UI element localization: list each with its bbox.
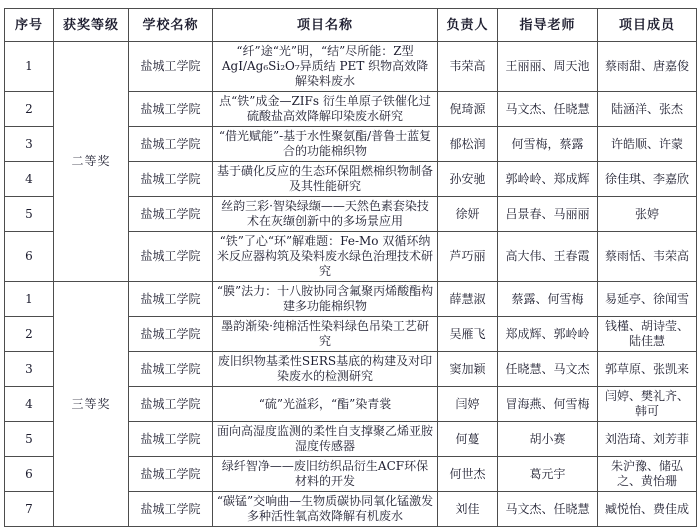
serial-cell: 6 <box>5 457 54 492</box>
leader-cell: 何世杰 <box>438 457 498 492</box>
advisors-cell: 高大伟、王春霞 <box>498 232 598 282</box>
header-advisors: 指导老师 <box>498 9 598 42</box>
leader-cell: 芦巧丽 <box>438 232 498 282</box>
serial-cell: 2 <box>5 317 54 352</box>
header-school-name: 学校名称 <box>129 9 213 42</box>
project-cell: 面向高湿度监测的柔性自支撑聚乙烯亚胺湿度传感器 <box>213 422 438 457</box>
award-cell: 二等奖 <box>54 42 129 282</box>
header-members: 项目成员 <box>598 9 697 42</box>
leader-cell: 韦荣高 <box>438 42 498 92</box>
members-cell: 易延亭、徐闻雪 <box>598 282 697 317</box>
school-cell: 盐城工学院 <box>129 92 213 127</box>
members-cell: 蔡雨恬、韦荣高 <box>598 232 697 282</box>
leader-cell: 薛慧淑 <box>438 282 498 317</box>
members-cell: 张婷 <box>598 197 697 232</box>
advisors-cell: 何雪梅，蔡露 <box>498 127 598 162</box>
project-cell: “借光赋能”-基于水性聚氨酯/普鲁士蓝复合的功能棉织物 <box>213 127 438 162</box>
serial-cell: 3 <box>5 127 54 162</box>
advisors-cell: 蔡露、何雪梅 <box>498 282 598 317</box>
award-results-table: 序号 获奖等级 学校名称 项目名称 负责人 指导老师 项目成员 1二等奖盐城工学… <box>4 8 697 527</box>
project-cell: 丝韵三彩·智染绿缬——天然色素套染技术在灰缬创新中的多场景应用 <box>213 197 438 232</box>
project-cell: 废旧织物基柔性SERS基底的构建及对印染废水的检测研究 <box>213 352 438 387</box>
members-cell: 徐佳琪、李嘉欣 <box>598 162 697 197</box>
header-project-name: 项目名称 <box>213 9 438 42</box>
advisors-cell: 马文杰、任晓慧 <box>498 92 598 127</box>
school-cell: 盐城工学院 <box>129 42 213 92</box>
header-leader: 负责人 <box>438 9 498 42</box>
school-cell: 盐城工学院 <box>129 492 213 527</box>
advisors-cell: 冒海燕、何雪梅 <box>498 387 598 422</box>
members-cell: 刘浩琦、刘芳菲 <box>598 422 697 457</box>
members-cell: 蔡雨甜、唐嘉俊 <box>598 42 697 92</box>
school-cell: 盐城工学院 <box>129 422 213 457</box>
award-cell: 三等奖 <box>54 282 129 527</box>
advisors-cell: 葛元宇 <box>498 457 598 492</box>
members-cell: 钱槿、胡诗莹、陆佳慧 <box>598 317 697 352</box>
serial-cell: 4 <box>5 387 54 422</box>
serial-cell: 6 <box>5 232 54 282</box>
serial-cell: 1 <box>5 282 54 317</box>
leader-cell: 郁松润 <box>438 127 498 162</box>
header-row: 序号 获奖等级 学校名称 项目名称 负责人 指导老师 项目成员 <box>5 9 697 42</box>
project-cell: 墨韵渐染·纯棉活性染料绿色吊染工艺研究 <box>213 317 438 352</box>
advisors-cell: 郭岭岭、郑成辉 <box>498 162 598 197</box>
serial-cell: 7 <box>5 492 54 527</box>
leader-cell: 闫婷 <box>438 387 498 422</box>
school-cell: 盐城工学院 <box>129 232 213 282</box>
advisors-cell: 任晓慧、马文杰 <box>498 352 598 387</box>
advisors-cell: 郑成辉、郭岭岭 <box>498 317 598 352</box>
members-cell: 闫婷、樊礼齐、韩可 <box>598 387 697 422</box>
project-cell: “硫”光溢彩，“酯”染青裳 <box>213 387 438 422</box>
school-cell: 盐城工学院 <box>129 317 213 352</box>
serial-cell: 2 <box>5 92 54 127</box>
project-cell: 基于磺化反应的生态环保阻燃棉织物制备及其性能研究 <box>213 162 438 197</box>
members-cell: 许皓顺、许蒙 <box>598 127 697 162</box>
members-cell: 陆涵洋、张杰 <box>598 92 697 127</box>
leader-cell: 孙安驰 <box>438 162 498 197</box>
serial-cell: 5 <box>5 422 54 457</box>
leader-cell: 倪琦源 <box>438 92 498 127</box>
leader-cell: 窦加颖 <box>438 352 498 387</box>
serial-cell: 1 <box>5 42 54 92</box>
project-cell: 点“铁”成金—ZIFs 衍生单原子铁催化过硫酸盐高效降解印染废水研究 <box>213 92 438 127</box>
project-cell: “纤”途“光”明，“结”尽所能：Z型 AgI/Ag₆Si₂O₇异质结 PET 织… <box>213 42 438 92</box>
school-cell: 盐城工学院 <box>129 127 213 162</box>
project-cell: “铁”了心“环”解难题：Fe-Mo 双循环纳米反应器构筑及染料废水绿色治理技术研… <box>213 232 438 282</box>
serial-cell: 4 <box>5 162 54 197</box>
advisors-cell: 王丽丽、周天池 <box>498 42 598 92</box>
serial-cell: 3 <box>5 352 54 387</box>
leader-cell: 徐妍 <box>438 197 498 232</box>
leader-cell: 何蔓 <box>438 422 498 457</box>
project-cell: “碳锰”交响曲—生物质碳协同氧化锰激发多种活性氧高效降解有机废水 <box>213 492 438 527</box>
project-cell: 绿纤智净——废旧纺织品衍生ACF环保材料的开发 <box>213 457 438 492</box>
members-cell: 臧悦怡、费佳成 <box>598 492 697 527</box>
school-cell: 盐城工学院 <box>129 162 213 197</box>
table-row: 1二等奖盐城工学院“纤”途“光”明，“结”尽所能：Z型 AgI/Ag₆Si₂O₇… <box>5 42 697 92</box>
leader-cell: 刘佳 <box>438 492 498 527</box>
advisors-cell: 吕景春、马丽丽 <box>498 197 598 232</box>
serial-cell: 5 <box>5 197 54 232</box>
advisors-cell: 马文杰、任晓慧 <box>498 492 598 527</box>
school-cell: 盐城工学院 <box>129 352 213 387</box>
advisors-cell: 胡小赛 <box>498 422 598 457</box>
header-serial: 序号 <box>5 9 54 42</box>
school-cell: 盐城工学院 <box>129 387 213 422</box>
table-body: 1二等奖盐城工学院“纤”途“光”明，“结”尽所能：Z型 AgI/Ag₆Si₂O₇… <box>5 42 697 527</box>
project-cell: “膜”法力：十八胺协同含氟聚丙烯酸酯构建多功能棉织物 <box>213 282 438 317</box>
school-cell: 盐城工学院 <box>129 197 213 232</box>
table-row: 1三等奖盐城工学院“膜”法力：十八胺协同含氟聚丙烯酸酯构建多功能棉织物薛慧淑蔡露… <box>5 282 697 317</box>
leader-cell: 吴雁飞 <box>438 317 498 352</box>
school-cell: 盐城工学院 <box>129 457 213 492</box>
school-cell: 盐城工学院 <box>129 282 213 317</box>
members-cell: 朱沪豫、储弘之、黄怡珊 <box>598 457 697 492</box>
header-award-level: 获奖等级 <box>54 9 129 42</box>
members-cell: 郭草原、张凯来 <box>598 352 697 387</box>
